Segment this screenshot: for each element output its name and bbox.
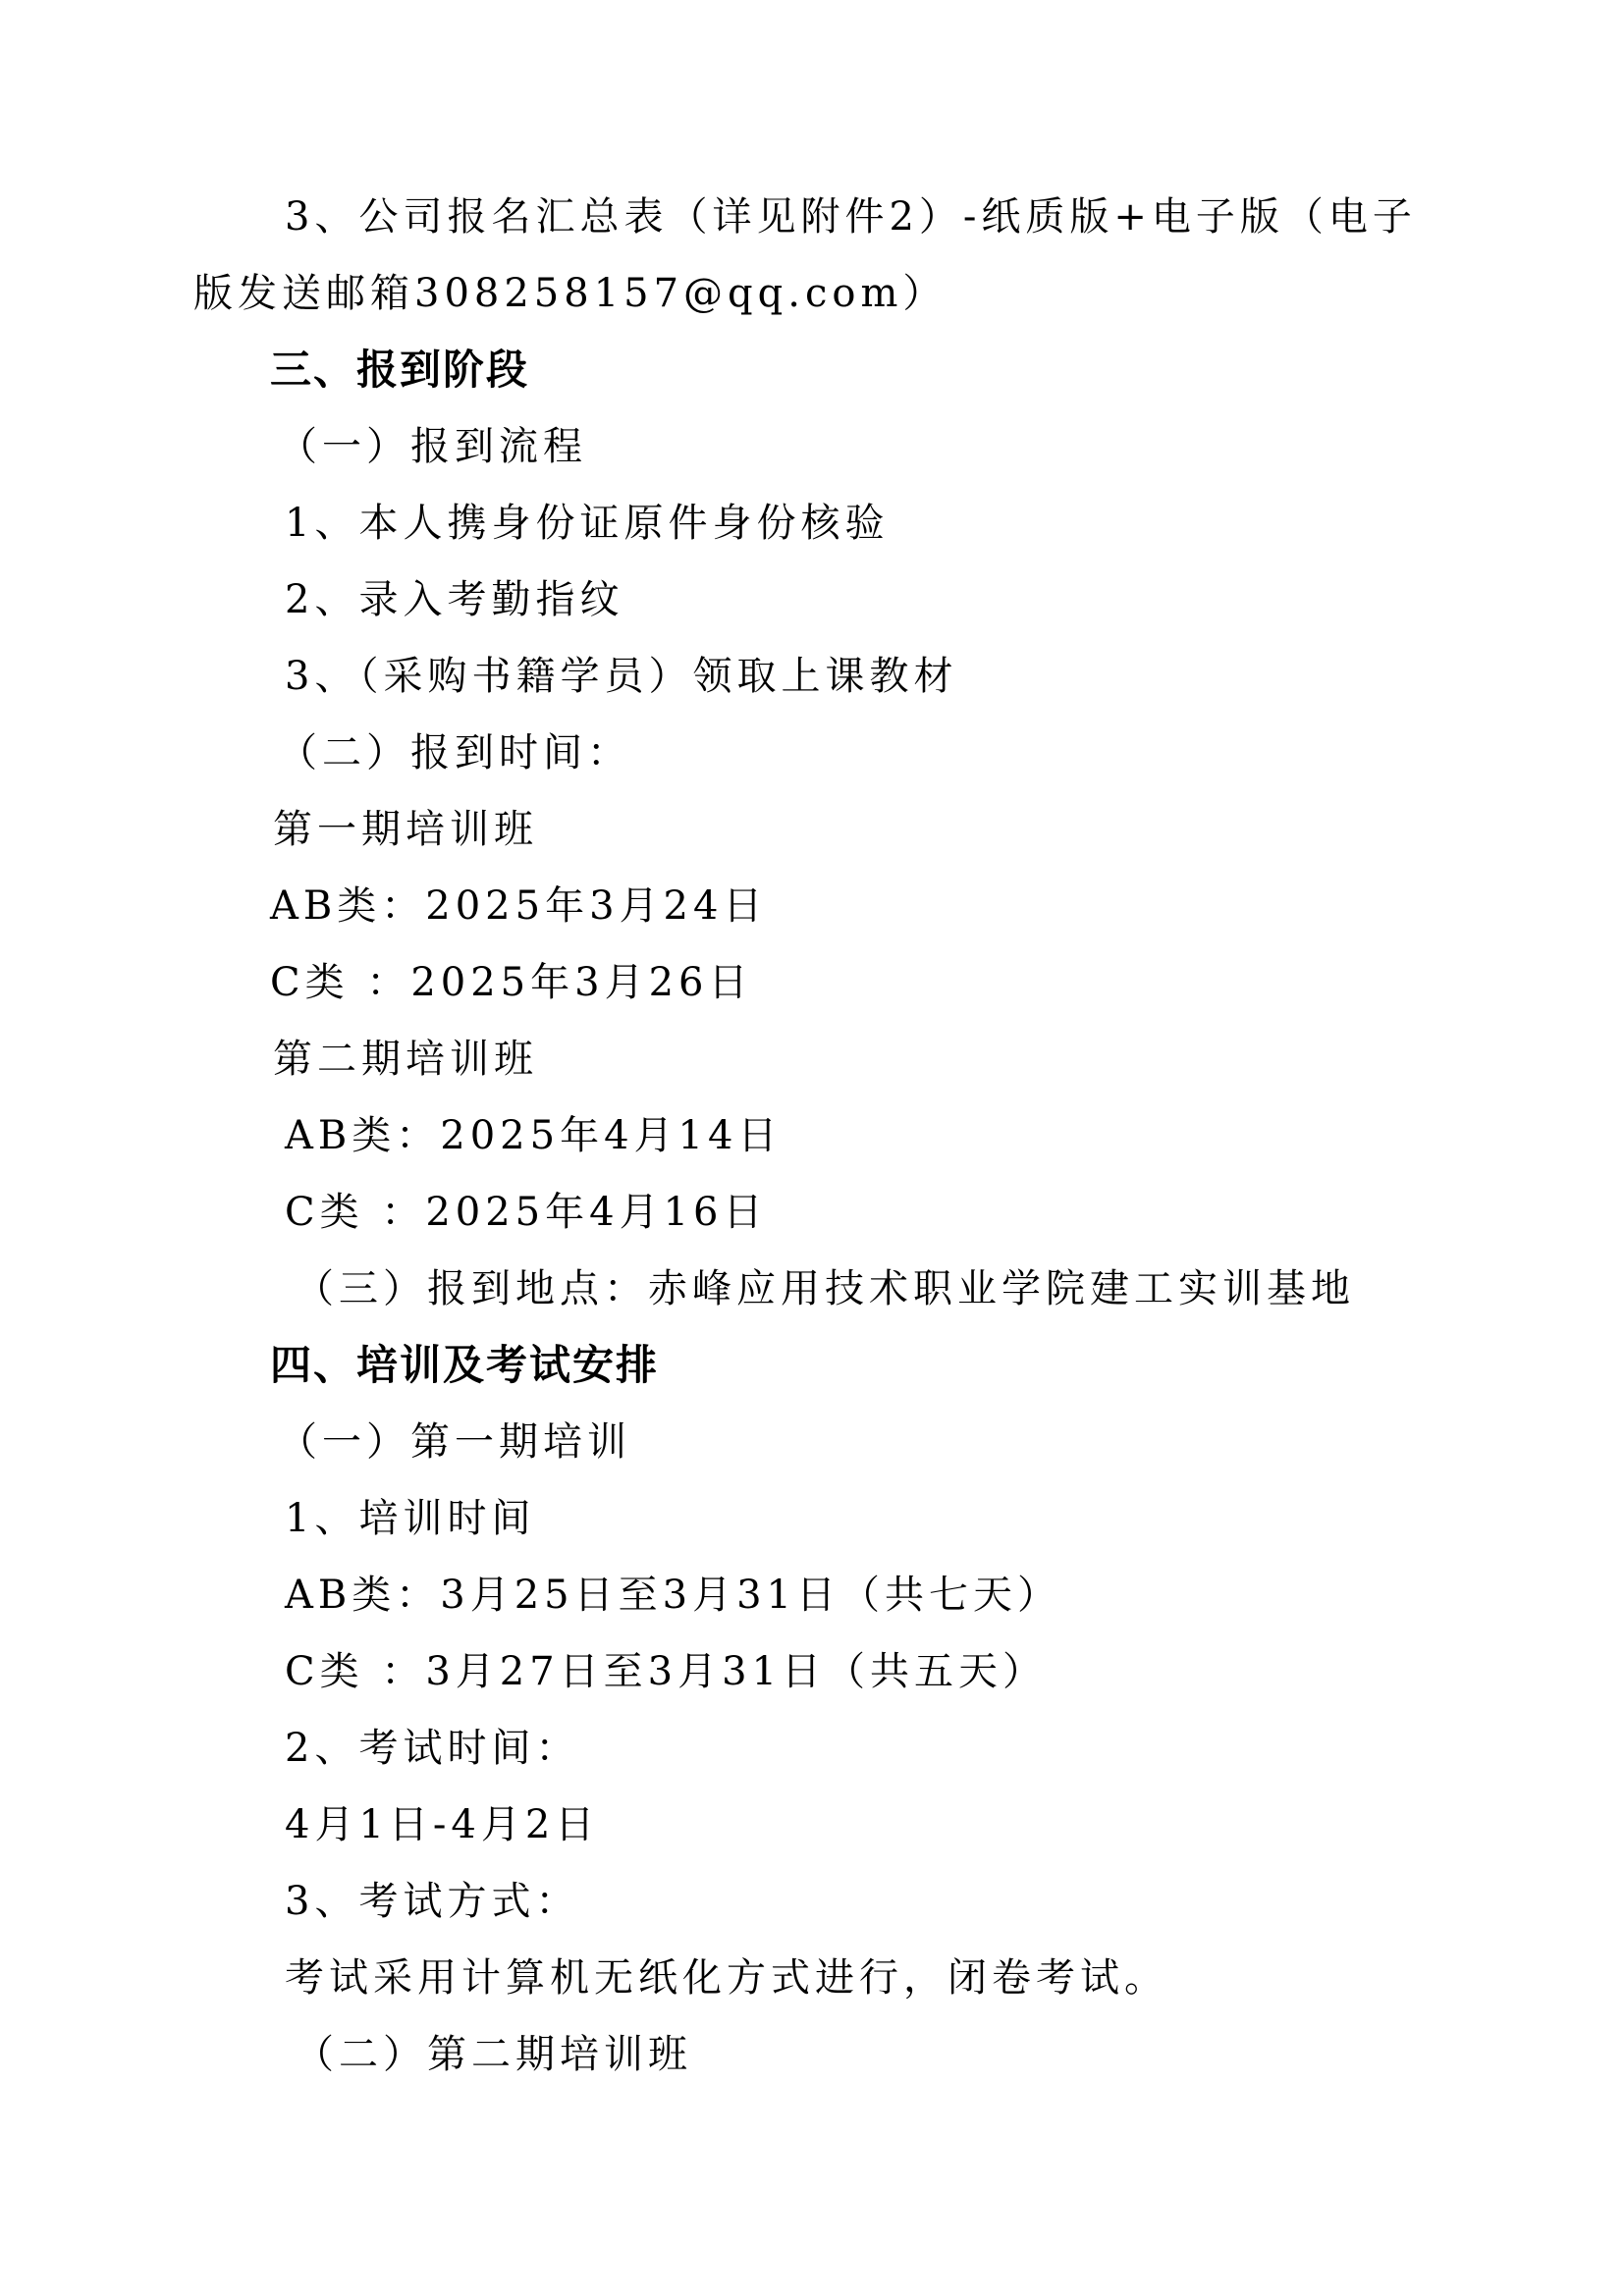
email-line: 版发送邮箱308258157@qq.com） bbox=[193, 269, 947, 318]
subheading-registration-process: （一）报到流程 bbox=[278, 422, 587, 471]
training-c-dates: C类 ：3月27日至3月31日（共五天） bbox=[285, 1647, 1047, 1696]
batch-1-ab-date: AB类：2025年3月24日 bbox=[270, 881, 767, 931]
document-page: 3、公司报名汇总表（详见附件2）-纸质版+电子版（电子 版发送邮箱3082581… bbox=[0, 0, 1624, 2296]
registration-location: （三）报到地点：赤峰应用技术职业学院建工实训基地 bbox=[295, 1264, 1355, 1313]
training-ab-dates: AB类：3月25日至3月31日（共七天） bbox=[285, 1571, 1061, 1620]
batch-1-title: 第一期培训班 bbox=[273, 805, 538, 854]
summary-table-item: 3、公司报名汇总表（详见附件2）-纸质版+电子版（电子 bbox=[285, 192, 1417, 241]
exam-time-value: 4月1日-4月2日 bbox=[285, 1800, 599, 1849]
batch-1-c-date: C类 ：2025年3月26日 bbox=[270, 958, 752, 1007]
process-step-2: 2、录入考勤指纹 bbox=[285, 575, 623, 624]
process-step-1: 1、本人携身份证原件身份核验 bbox=[285, 499, 889, 548]
training-time-label: 1、培训时间 bbox=[285, 1494, 535, 1543]
batch-2-ab-date: AB类：2025年4月14日 bbox=[285, 1111, 782, 1160]
exam-method-value: 考试采用计算机无纸化方式进行，闭卷考试。 bbox=[285, 1953, 1168, 2002]
section-heading-training-exam: 四、培训及考试安排 bbox=[270, 1341, 659, 1390]
subheading-registration-time: （二）报到时间： bbox=[278, 728, 631, 777]
process-step-3: 3、（采购书籍学员）领取上课教材 bbox=[285, 652, 957, 701]
subheading-second-training: （二）第二期培训班 bbox=[295, 2030, 692, 2079]
subheading-first-training: （一）第一期培训 bbox=[278, 1417, 631, 1467]
exam-method-label: 3、考试方式： bbox=[285, 1877, 579, 1926]
batch-2-c-date: C类 ：2025年4月16日 bbox=[285, 1188, 767, 1237]
exam-time-label: 2、考试时间： bbox=[285, 1724, 579, 1773]
section-heading-registration: 三、报到阶段 bbox=[270, 346, 529, 395]
batch-2-title: 第二期培训班 bbox=[273, 1035, 538, 1084]
